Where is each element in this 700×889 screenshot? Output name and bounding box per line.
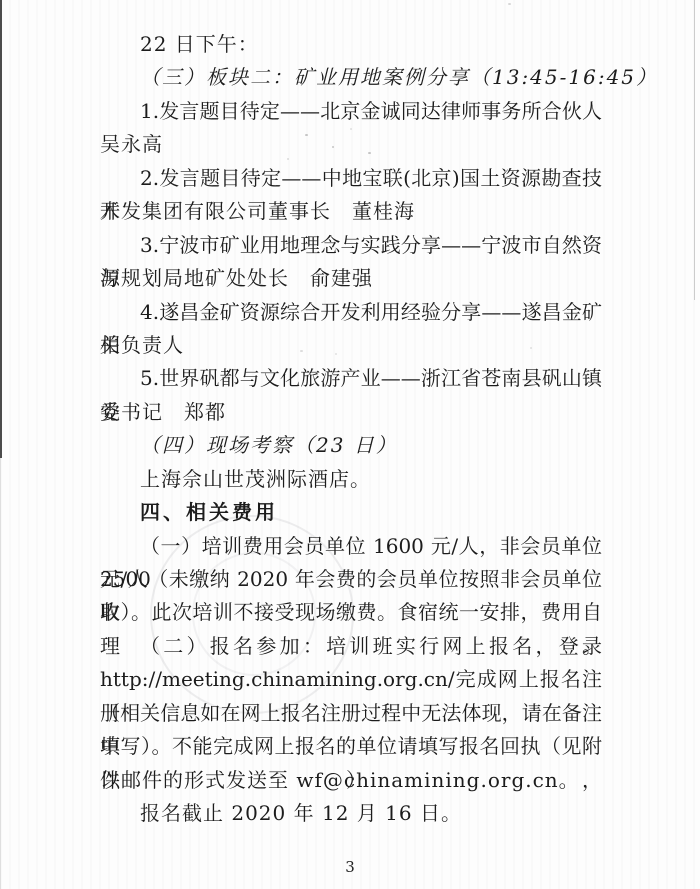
- line-item-1-cont: 吴永高: [100, 128, 602, 161]
- line-item-5-cont: 委书记 郑都: [100, 396, 602, 429]
- line-registration-3: 填写）。不能完成网上报名的单位请填写报名回执（见附件），: [100, 730, 602, 763]
- scan-edge-artifact-right: [694, 0, 695, 300]
- line-venue: 上海佘山世茂洲际酒店。: [100, 463, 602, 496]
- line-item-2: 2.发言题目待定——中地宝联(北京)国土资源勘查技术: [100, 162, 602, 195]
- line-registration-url: http://meeting.chinamining.org.cn/完成网上报名…: [100, 663, 602, 696]
- line-registration-1: （二）报名参加：培训班实行网上报名，登录: [100, 630, 602, 663]
- line-item-1: 1.发言题目待定——北京金诚同达律师事务所合伙人: [100, 95, 602, 128]
- scan-edge-artifact-left-faint: [0, 458, 1, 889]
- line-fees-2: 元/人（未缴纳 2020 年会费的会员单位按照非会员单位收: [100, 563, 602, 596]
- line-item-2-cont: 开发集团有限公司董事长 董桂海: [100, 195, 602, 228]
- heading-fees: 四、相关费用: [100, 496, 602, 529]
- line-item-3-cont: 与规划局地矿处处长 俞建强: [100, 262, 602, 295]
- line-item-4-cont: 关负责人: [100, 329, 602, 362]
- line-fees-3: 取）。此次培训不接受现场缴费。食宿统一安排，费用自理。: [100, 596, 602, 629]
- line-deadline: 报名截止 2020 年 12 月 16 日。: [100, 797, 602, 830]
- line-item-5: 5.世界矾都与文化旅游产业——浙江省苍南县矾山镇党: [100, 362, 602, 395]
- line-registration-email: 以邮件的形式发送至 wf@chinamining.org.cn。: [100, 764, 602, 797]
- page-number: 3: [0, 858, 700, 876]
- line-item-4: 4.遂昌金矿资源综合开发利用经验分享——遂昌金矿相: [100, 296, 602, 329]
- heading-section-3: （三）板块二：矿业用地案例分享（13:45-16:45）: [100, 61, 602, 94]
- heading-section-4: （四）现场考察（23 日）: [100, 429, 602, 462]
- scan-noise: [508, 3, 511, 5]
- scan-edge-artifact-left: [0, 0, 2, 458]
- line-fees-1: （一）培训费用会员单位 1600 元/人，非会员单位 2500: [100, 530, 602, 563]
- line-session-time: 22 日下午：: [100, 28, 602, 61]
- line-item-3: 3.宁波市矿业用地理念与实践分享——宁波市自然资源: [100, 229, 602, 262]
- line-registration-2: （相关信息如在网上报名注册过程中无法体现，请在备注中: [100, 697, 602, 730]
- document-body: 22 日下午： （三）板块二：矿业用地案例分享（13:45-16:45） 1.发…: [100, 28, 602, 831]
- scanned-document-page: 22 日下午： （三）板块二：矿业用地案例分享（13:45-16:45） 1.发…: [0, 0, 700, 889]
